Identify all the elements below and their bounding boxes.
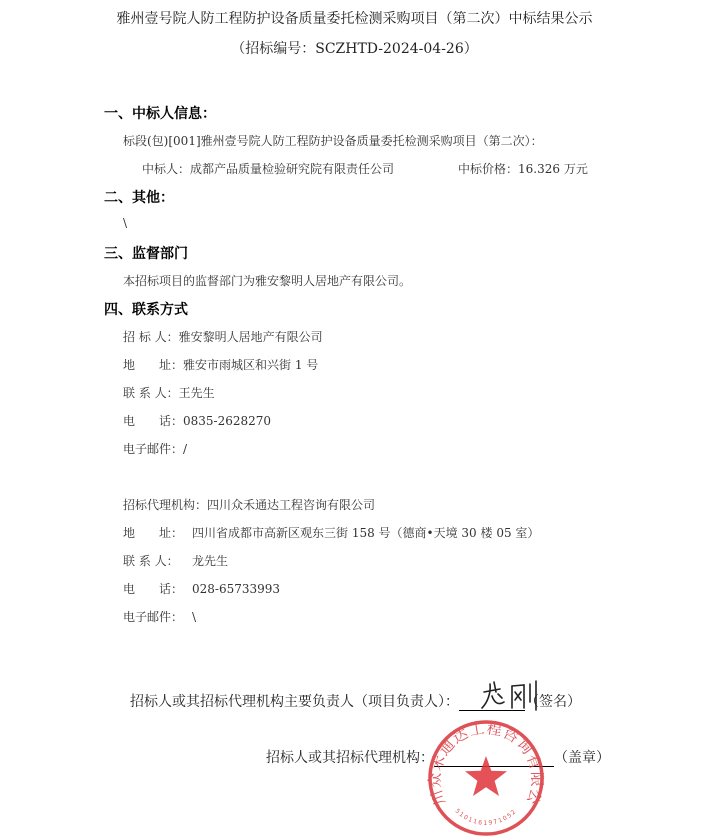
price-value: 16.326 万元 bbox=[518, 162, 588, 176]
section-heading-winner-info: 一、中标人信息： bbox=[104, 103, 216, 123]
agency-contact-value: 龙先生 bbox=[192, 554, 228, 568]
agency-email-label: 电子邮件： bbox=[123, 608, 192, 625]
agency-address-row: 地 址：四川省成都市高新区观东三街 158 号（德商•天境 30 楼 05 室） bbox=[123, 524, 539, 541]
tenderer-phone-row: 电 话：0835-2628270 bbox=[123, 412, 271, 429]
other-content: \ bbox=[123, 216, 127, 230]
agency-email-row: 电子邮件：\ bbox=[123, 608, 196, 625]
document-title: 雅州壹号院人防工程防护设备质量委托检测采购项目（第二次）中标结果公示 bbox=[0, 8, 709, 28]
tenderer-name-value: 雅安黎明人居地产有限公司 bbox=[179, 330, 323, 344]
company-seal: 四川众禾通达工程咨询有限公司 5101161971052 bbox=[425, 718, 547, 838]
lot-description: 标段(包)[001]雅州壹号院人防工程防护设备质量委托检测采购项目（第二次）： bbox=[123, 132, 543, 149]
supervision-content: 本招标项目的监督部门为雅安黎明人居地产有限公司。 bbox=[123, 272, 411, 289]
agency-seal-label: 招标人或其招标代理机构： bbox=[266, 750, 434, 766]
seal-suffix: （盖章） bbox=[554, 750, 610, 766]
seal-star-icon bbox=[465, 756, 507, 796]
agency-phone-value: 028-65733993 bbox=[192, 582, 280, 596]
handwritten-signature bbox=[478, 678, 544, 712]
section-heading-contact: 四、联系方式 bbox=[104, 299, 188, 319]
tenderer-name-row: 招 标 人：雅安黎明人居地产有限公司 bbox=[123, 328, 323, 345]
section-heading-other: 二、其他： bbox=[104, 187, 174, 207]
tenderer-phone-label: 电 话： bbox=[123, 414, 183, 428]
agency-contact-label: 联 系 人： bbox=[123, 552, 192, 569]
agency-phone-row: 电 话：028-65733993 bbox=[123, 580, 280, 597]
agency-address-value: 四川省成都市高新区观东三街 158 号（德商•天境 30 楼 05 室） bbox=[192, 526, 539, 540]
winner-row: 中标人：成都产品质量检验研究院有限责任公司 bbox=[142, 160, 394, 177]
agency-contact-row: 联 系 人：龙先生 bbox=[123, 552, 228, 569]
tenderer-contact-value: 王先生 bbox=[179, 386, 215, 400]
agency-name-value: 四川众禾通达工程咨询有限公司 bbox=[207, 498, 375, 512]
seal-number-text: 5101161971052 bbox=[454, 808, 519, 827]
tender-number: （招标编号：SCZHTD-2024-04-26） bbox=[0, 38, 709, 58]
tenderer-contact-row: 联 系 人：王先生 bbox=[123, 384, 215, 401]
agency-name-label: 招标代理机构： bbox=[123, 498, 207, 512]
tenderer-address-label: 地 址： bbox=[123, 358, 183, 372]
tenderer-contact-label: 联 系 人： bbox=[123, 386, 179, 400]
winner-value: 成都产品质量检验研究院有限责任公司 bbox=[190, 162, 394, 176]
tenderer-address-row: 地 址：雅安市雨城区和兴街 1 号 bbox=[123, 356, 318, 373]
winner-label: 中标人： bbox=[142, 162, 190, 176]
tenderer-email-value: / bbox=[183, 442, 187, 456]
agency-address-label: 地 址： bbox=[123, 524, 192, 541]
agency-phone-label: 电 话： bbox=[123, 580, 192, 597]
tenderer-name-label: 招 标 人： bbox=[123, 330, 179, 344]
responsible-label: 招标人或其招标代理机构主要负责人（项目负责人）： bbox=[130, 694, 459, 710]
tenderer-email-label: 电子邮件： bbox=[123, 442, 183, 456]
tenderer-phone-value: 0835-2628270 bbox=[183, 414, 271, 428]
agency-name-row: 招标代理机构：四川众禾通达工程咨询有限公司 bbox=[123, 496, 375, 513]
agency-email-value: \ bbox=[192, 610, 196, 624]
price-row: 中标价格：16.326 万元 bbox=[458, 160, 588, 177]
tenderer-email-row: 电子邮件：/ bbox=[123, 440, 187, 457]
section-heading-supervision: 三、监督部门 bbox=[104, 243, 188, 263]
price-label: 中标价格： bbox=[458, 162, 518, 176]
tenderer-address-value: 雅安市雨城区和兴街 1 号 bbox=[183, 358, 318, 372]
